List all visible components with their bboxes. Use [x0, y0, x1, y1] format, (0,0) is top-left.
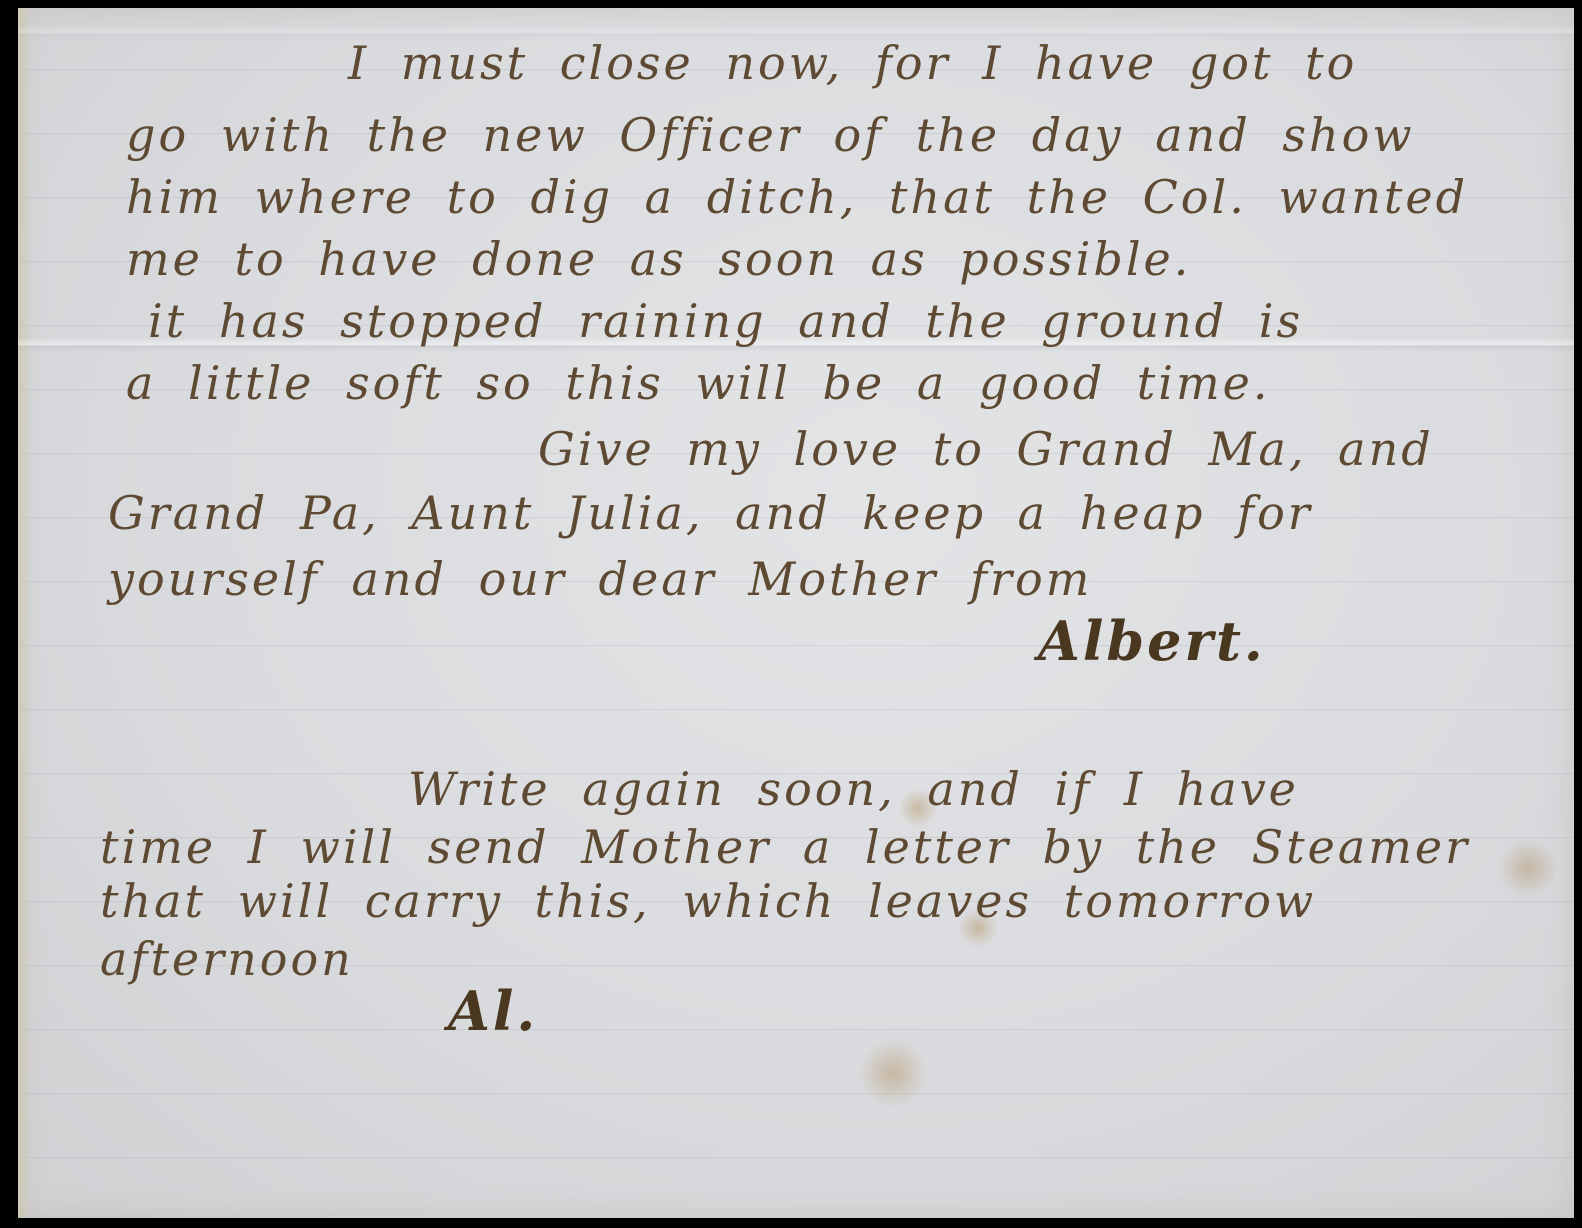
letter-line: go with the new Officer of the day and s… — [126, 112, 1415, 158]
letter-line: it has stopped raining and the ground is — [148, 298, 1303, 344]
ink-stain — [1498, 838, 1558, 898]
postscript-line: time I will send Mother a letter by the … — [100, 824, 1470, 870]
letter-line: him where to dig a ditch, that the Col. … — [126, 174, 1468, 220]
postscript-line: that will carry this, which leaves tomor… — [100, 878, 1316, 924]
letter-line: me to have done as soon as possible. — [126, 236, 1191, 282]
postscript-line: Write again soon, and if I have — [408, 766, 1299, 812]
letter-line: Grand Pa, Aunt Julia, and keep a heap fo… — [108, 490, 1313, 536]
postscript-line: afternoon — [100, 936, 354, 982]
letter-line: yourself and our dear Mother from — [108, 556, 1092, 602]
postscript-signature: Al. — [448, 984, 538, 1038]
letter-line: Give my love to Grand Ma, and — [538, 426, 1434, 472]
ink-stain — [858, 1038, 928, 1108]
paper-edge — [18, 8, 32, 1218]
signature: Albert. — [1038, 614, 1266, 668]
letter-line: I must close now, for I have got to — [348, 40, 1357, 86]
letter-line: a little soft so this will be a good tim… — [126, 360, 1270, 406]
letter-page: I must close now, for I have got to go w… — [18, 8, 1574, 1218]
